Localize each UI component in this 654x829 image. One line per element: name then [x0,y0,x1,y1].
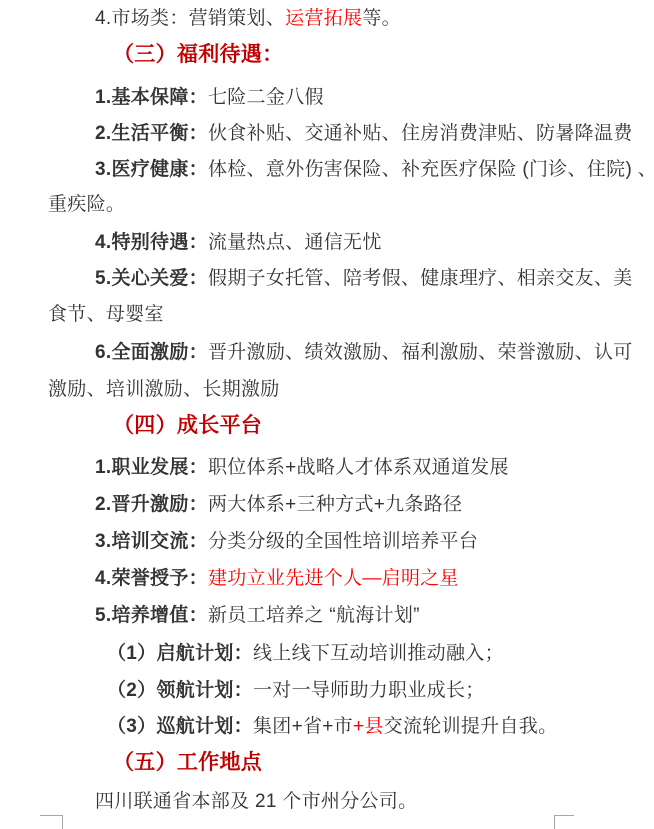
text-segment: 四川联通省本部及 21 个市州分公司。 [95,791,417,812]
text-segment: （1）启航计划： [107,643,253,664]
doc-line: 1.基本保障：七险二金八假 [95,85,324,111]
doc-line: 四川联通省本部及 21 个市州分公司。 [95,789,417,815]
doc-line: 4.市场类：营销策划、运营拓展等。 [95,6,401,32]
doc-line: 重疾险。 [48,192,125,218]
text-segment: 一对一导师助力职业成长； [253,680,485,701]
text-segment: 线上线下互动培训推动融入； [253,643,504,664]
text-segment: 七险二金八假 [208,87,324,108]
highlighted-text: 建功立业先进个人—启明之星 [208,568,459,589]
text-segment: （3）巡航计划： [107,716,253,737]
doc-line: 4.荣誉授予：建功立业先进个人—启明之星 [95,566,459,592]
section-heading-benefits: （三）福利待遇： [113,42,283,68]
page-margin-corner-right-icon [554,815,574,829]
doc-line: 2.晋升激励：两大体系+三种方式+九条路径 [95,492,462,518]
doc-line: （3）巡航计划：集团+省+市+县交流轮训提升自我。 [107,714,557,740]
text-segment: 食节、母婴室 [48,304,164,325]
highlighted-text: （五）工作地点 [113,751,262,774]
text-segment: 2.晋升激励： [95,494,208,515]
text-segment: 重疾险。 [48,194,125,215]
doc-line: （1）启航计划：线上线下互动培训推动融入； [107,641,504,667]
text-segment: 6.全面激励： [95,342,208,363]
page-margin-corner-left-icon [40,815,63,829]
text-segment: 4.荣誉授予： [95,568,208,589]
text-segment: 5.培养增值： [95,605,208,626]
doc-line: 4.特别待遇：流量热点、通信无忧 [95,230,382,256]
doc-line: 6.全面激励：晋升激励、绩效激励、福利激励、荣誉激励、认可 [95,340,633,366]
text-segment: 集团+省+市 [253,716,353,737]
text-segment: 3.医疗健康： [95,159,208,180]
highlighted-text: 运营拓展 [285,8,362,29]
text-segment: 晋升激励、绩效激励、福利激励、荣誉激励、认可 [208,342,633,363]
doc-line: 5.培养增值：新员工培养之 “航海计划” [95,603,420,629]
doc-line: （2）领航计划：一对一导师助力职业成长； [107,678,485,704]
section-heading-location: （五）工作地点 [113,750,262,776]
doc-line: 食节、母婴室 [48,302,164,328]
text-segment: 体检、意外伤害保险、补充医疗保险 (门诊、住院) 、 [208,159,654,180]
text-segment: 伙食补贴、交通补贴、住房消费津贴、防暑降温费 [208,123,633,144]
doc-line: 5.关心关爱：假期子女托管、陪考假、健康理疗、相亲交友、美 [95,266,633,292]
text-segment: 新员工培养之 “航海计划” [208,605,420,626]
section-heading-growth: （四）成长平台 [113,413,262,439]
doc-line: 3.培训交流：分类分级的全国性培训培养平台 [95,529,478,555]
text-segment: 4.市场类：营销策划、 [95,8,285,29]
text-segment: 交流轮训提升自我。 [384,716,558,737]
doc-line: 2.生活平衡：伙食补贴、交通补贴、住房消费津贴、防暑降温费 [95,121,633,147]
doc-line: 3.医疗健康：体检、意外伤害保险、补充医疗保险 (门诊、住院) 、 [95,157,654,183]
doc-line: 1.职业发展：职位体系+战略人才体系双通道发展 [95,455,509,481]
text-segment: 3.培训交流： [95,531,208,552]
highlighted-text: +县 [353,716,384,737]
text-segment: 两大体系+三种方式+九条路径 [208,494,462,515]
text-segment: 流量热点、通信无忧 [208,232,382,253]
text-segment: 等。 [362,8,401,29]
text-segment: 激励、培训激励、长期激励 [48,379,280,400]
text-segment: 分类分级的全国性培训培养平台 [208,531,478,552]
highlighted-text: （三）福利待遇： [113,43,283,66]
text-segment: 假期子女托管、陪考假、健康理疗、相亲交友、美 [208,268,633,289]
text-segment: 1.职业发展： [95,457,208,478]
highlighted-text: （四）成长平台 [113,414,262,437]
doc-line: 激励、培训激励、长期激励 [48,377,280,403]
text-segment: 职位体系+战略人才体系双通道发展 [208,457,509,478]
text-segment: 5.关心关爱： [95,268,208,289]
document-page: 4.市场类：营销策划、运营拓展等。（三）福利待遇：1.基本保障：七险二金八假2.… [0,0,654,829]
text-segment: 2.生活平衡： [95,123,208,144]
text-segment: 4.特别待遇： [95,232,208,253]
text-segment: 1.基本保障： [95,87,208,108]
text-segment: （2）领航计划： [107,680,253,701]
